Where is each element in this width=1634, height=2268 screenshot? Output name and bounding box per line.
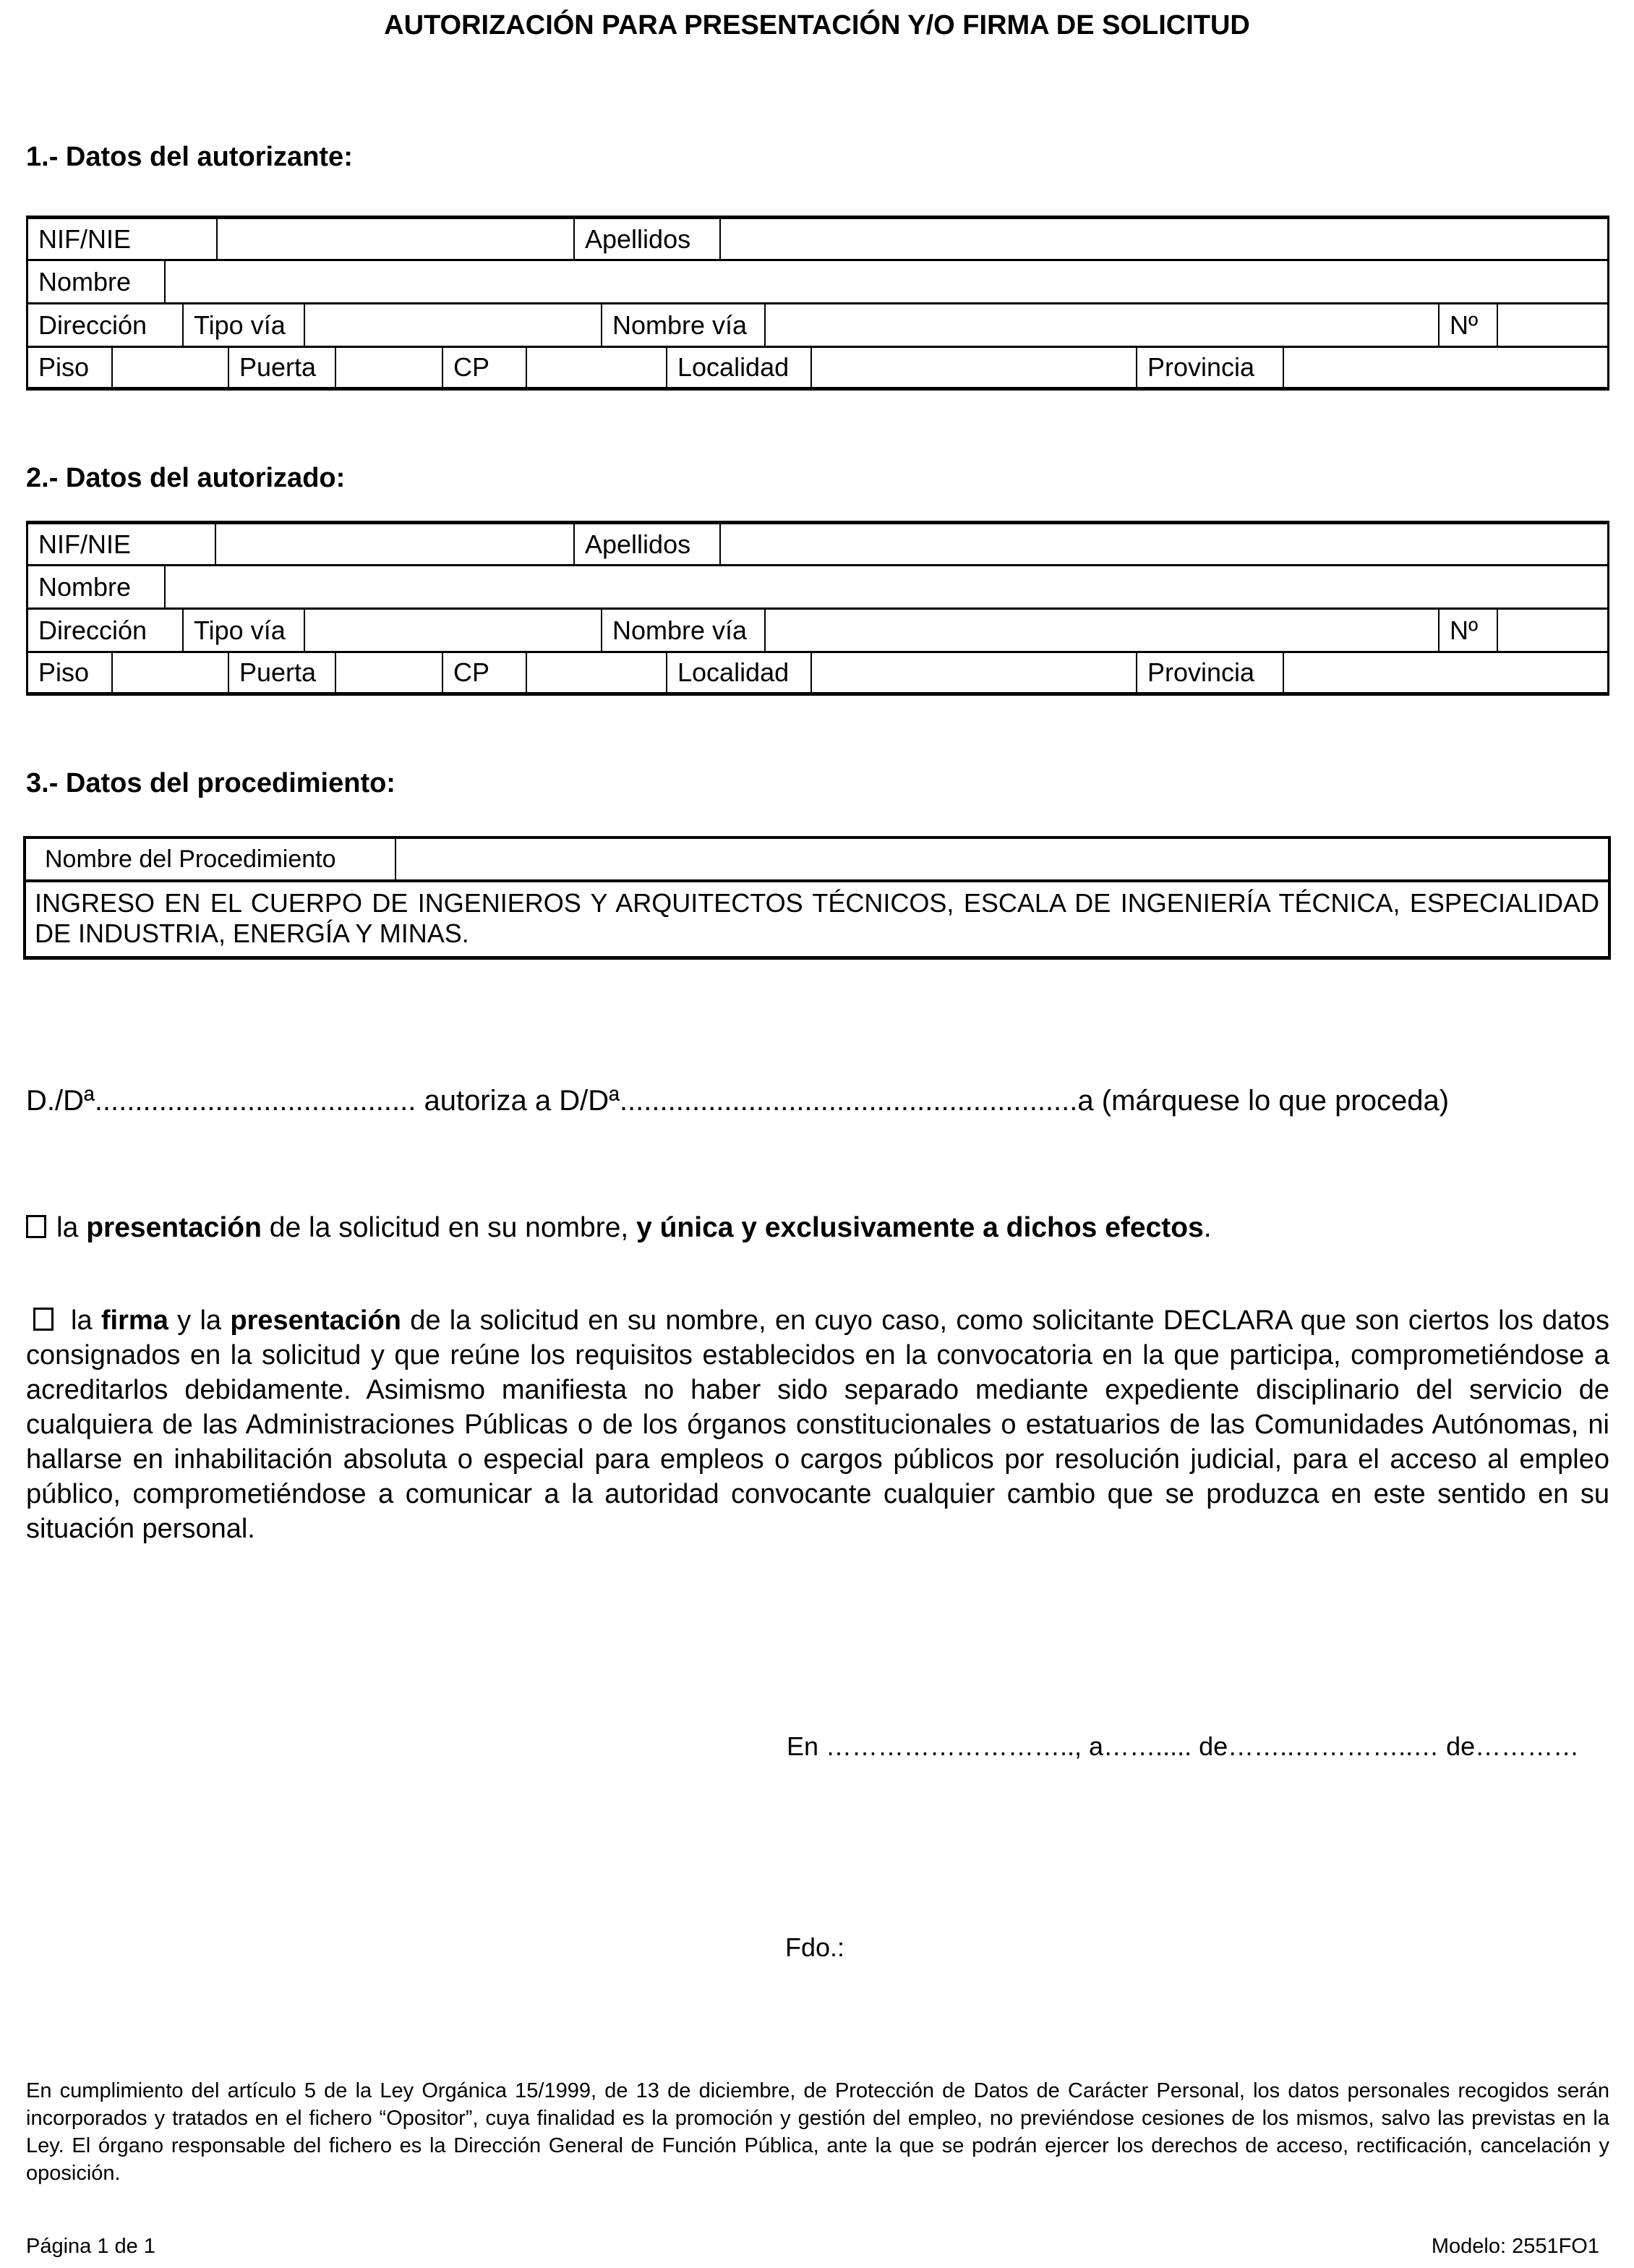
authorized-cp-field[interactable] [527, 653, 667, 692]
option1-text: de la solicitud en su nombre, [262, 1212, 636, 1243]
model-code: Modelo: 2551FO1 [1432, 2235, 1599, 2259]
label-direccion: Dirección [28, 610, 184, 651]
section-3-heading: 3.- Datos del procedimiento: [26, 768, 395, 799]
authorizer-puerta-field[interactable] [336, 348, 443, 387]
authorized-name-blank[interactable]: ........................................… [620, 1085, 1077, 1117]
row-nif-apellidos: NIF/NIE Apellidos [26, 521, 1609, 564]
label-procedure-name: Nombre del Procedimiento [26, 839, 396, 879]
row-nombre: Nombre [26, 259, 1609, 302]
label-localidad: Localidad [667, 348, 812, 387]
procedure-header-blank [396, 839, 1608, 879]
procedure-table: Nombre del Procedimiento INGRESO EN EL C… [23, 836, 1611, 960]
authorized-nif-field[interactable] [216, 524, 575, 564]
label-piso: Piso [28, 653, 113, 692]
authorizer-nombre-field[interactable] [166, 261, 1607, 302]
option-presentation: la presentación de la solicitud en su no… [26, 1212, 1212, 1244]
authorized-localidad-field[interactable] [812, 653, 1137, 692]
procedure-name-value: INGRESO EN EL CUERPO DE INGENIEROS Y ARQ… [26, 882, 1608, 956]
page-number: Página 1 de 1 [26, 2235, 155, 2259]
row-direccion: Dirección Tipo vía Nombre vía Nº [26, 302, 1609, 346]
label-direccion: Dirección [28, 304, 184, 346]
row-nombre: Nombre [26, 564, 1609, 607]
option2-text: y la [168, 1305, 231, 1336]
data-protection-notice: En cumplimiento del artículo 5 de la Ley… [26, 2077, 1609, 2187]
label-nombre: Nombre [28, 566, 166, 607]
document-title: AUTORIZACIÓN PARA PRESENTACIÓN Y/O FIRMA… [0, 10, 1634, 41]
label-nif: NIF/NIE [28, 219, 218, 259]
authorizer-prefix: D./Dª [26, 1085, 95, 1117]
option2-bold-presentacion: presentación [230, 1305, 401, 1336]
label-numero: Nº [1440, 610, 1498, 651]
label-localidad: Localidad [667, 653, 812, 692]
label-nombre: Nombre [28, 261, 166, 302]
label-tipo-via: Tipo vía [184, 304, 305, 346]
label-apellidos: Apellidos [575, 219, 721, 259]
authorizer-name-blank[interactable]: ........................................ [95, 1085, 416, 1117]
authorized-puerta-field[interactable] [336, 653, 443, 692]
signature-label: Fdo.: [785, 1932, 844, 1963]
option2-bold-firma: firma [101, 1305, 168, 1336]
label-puerta: Puerta [229, 348, 336, 387]
label-cp: CP [443, 348, 527, 387]
authorizer-numero-field[interactable] [1498, 304, 1607, 346]
authorization-statement: D./Dª...................................… [26, 1085, 1449, 1117]
label-nombre-via: Nombre vía [602, 610, 766, 651]
authorizer-tipo-via-field[interactable] [305, 304, 602, 346]
row-nif-apellidos: NIF/NIE Apellidos [26, 216, 1609, 259]
label-puerta: Puerta [229, 653, 336, 692]
authorizer-data-table: NIF/NIE Apellidos Nombre Dirección Tipo … [26, 216, 1609, 391]
option2-declaration-text: de la solicitud en su nombre, en cuyo ca… [26, 1305, 1609, 1544]
authorized-numero-field[interactable] [1498, 610, 1607, 651]
authorizes-text: autoriza a D/Dª [416, 1085, 620, 1117]
authorized-data-table: NIF/NIE Apellidos Nombre Dirección Tipo … [26, 521, 1609, 696]
authorized-nombre-field[interactable] [166, 566, 1607, 607]
authorized-provincia-field[interactable] [1284, 653, 1607, 692]
option-presentation-checkbox[interactable] [26, 1215, 46, 1238]
label-cp: CP [443, 653, 527, 692]
authorized-apellidos-field[interactable] [721, 524, 1607, 564]
label-provincia: Provincia [1137, 348, 1284, 387]
row-piso-provincia: Piso Puerta CP Localidad Provincia [26, 346, 1609, 391]
option1-text: . [1204, 1212, 1212, 1243]
option1-bold-presentacion: presentación [86, 1212, 262, 1243]
authorizer-apellidos-field[interactable] [721, 219, 1607, 259]
label-apellidos: Apellidos [575, 524, 721, 564]
authorizer-localidad-field[interactable] [812, 348, 1137, 387]
option2-text: la [71, 1305, 101, 1336]
option-signature-checkbox[interactable] [33, 1308, 54, 1331]
section-1-heading: 1.- Datos del autorizante: [26, 142, 353, 173]
label-nif: NIF/NIE [28, 524, 216, 564]
label-nombre-via: Nombre vía [602, 304, 766, 346]
authorized-nombre-via-field[interactable] [766, 610, 1440, 651]
section-2-heading: 2.- Datos del autorizado: [26, 463, 345, 494]
place-date-line[interactable]: En ……………………….., a……..... de……..…………..… d… [787, 1731, 1579, 1762]
option1-text: la [56, 1212, 86, 1243]
authorizer-piso-field[interactable] [113, 348, 229, 387]
label-piso: Piso [28, 348, 113, 387]
label-provincia: Provincia [1137, 653, 1284, 692]
row-piso-provincia: Piso Puerta CP Localidad Provincia [26, 651, 1609, 696]
label-tipo-via: Tipo vía [184, 610, 305, 651]
authorized-piso-field[interactable] [113, 653, 229, 692]
option-signature-and-presentation: la firma y la presentación de la solicit… [26, 1303, 1609, 1546]
option1-bold-exclusive: y única y exclusivamente a dichos efecto… [636, 1212, 1204, 1243]
mark-instruction: a (márquese lo que proceda) [1077, 1085, 1449, 1117]
procedure-header-row: Nombre del Procedimiento [26, 839, 1608, 882]
row-direccion: Dirección Tipo vía Nombre vía Nº [26, 607, 1609, 651]
authorizer-provincia-field[interactable] [1284, 348, 1607, 387]
label-numero: Nº [1440, 304, 1498, 346]
authorizer-cp-field[interactable] [527, 348, 667, 387]
authorized-tipo-via-field[interactable] [305, 610, 602, 651]
authorizer-nombre-via-field[interactable] [766, 304, 1440, 346]
authorizer-nif-field[interactable] [218, 219, 575, 259]
